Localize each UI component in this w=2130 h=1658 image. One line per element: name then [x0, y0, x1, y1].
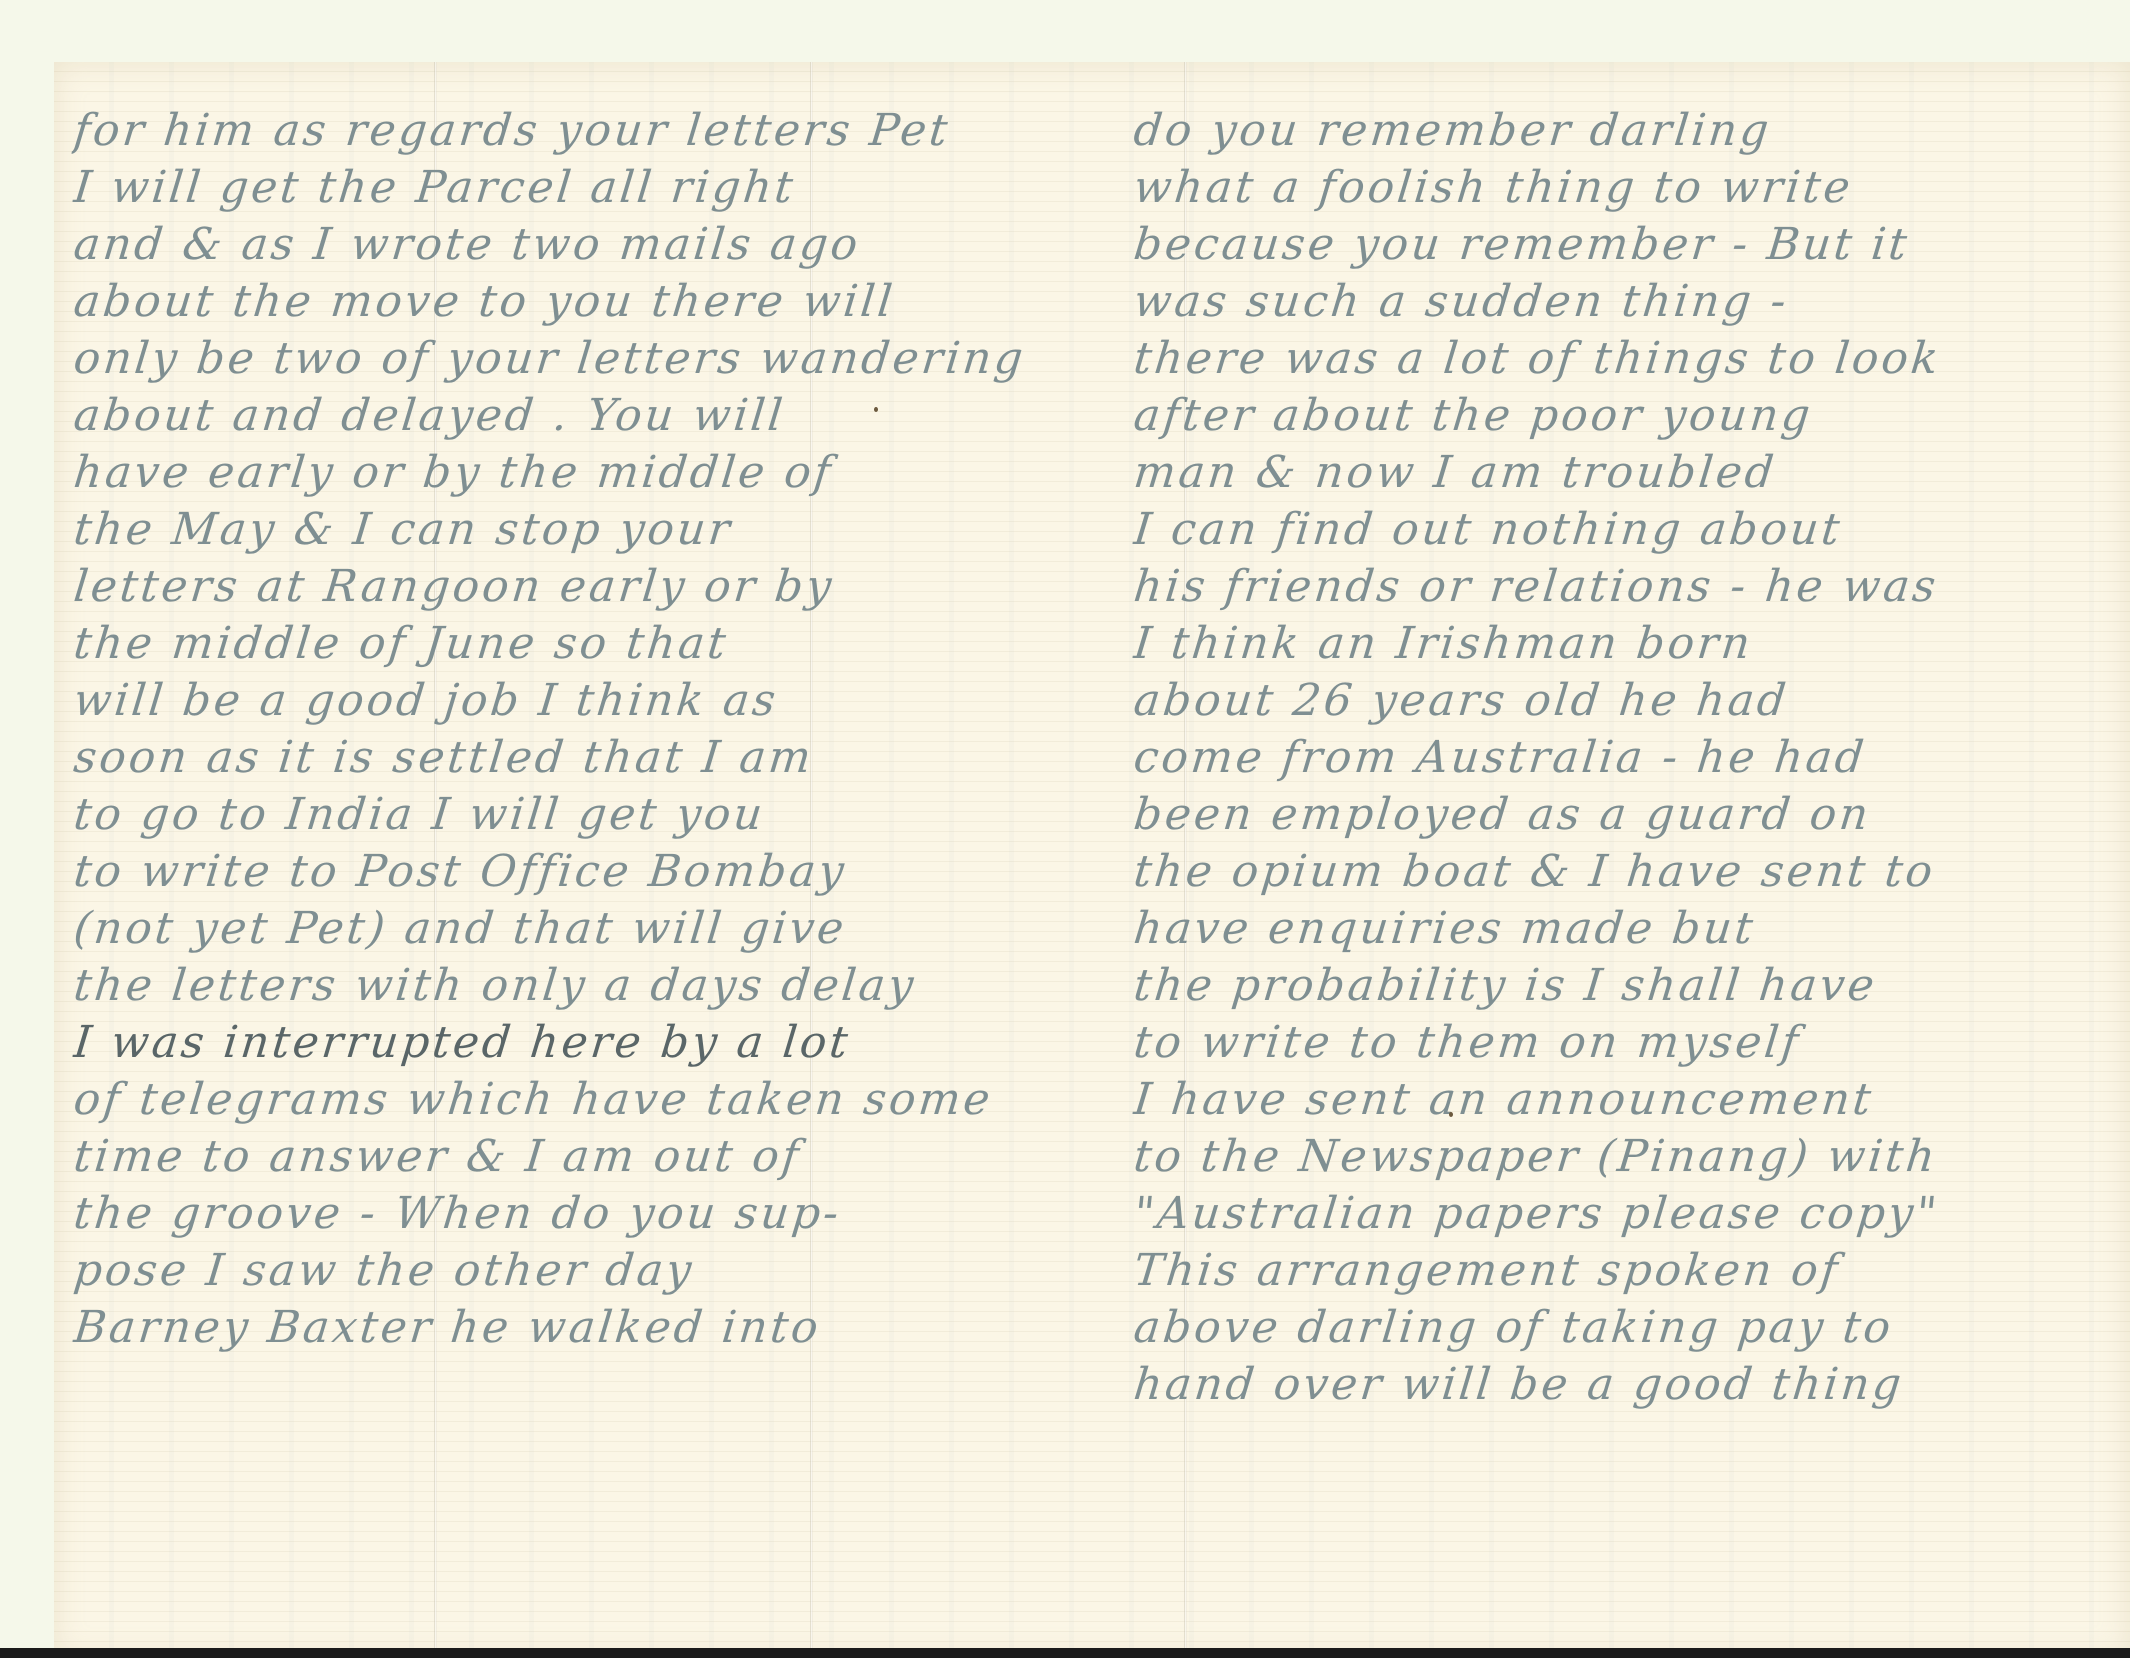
text-line: for him as regards your letters Pet	[71, 102, 1107, 159]
text-line: above darling of taking pay to	[1131, 1299, 2127, 1356]
text-line: I was interrupted here by a lot	[71, 1014, 1107, 1071]
text-line: the probability is I shall have	[1131, 957, 2127, 1014]
text-line: about and delayed . You will	[71, 387, 1107, 444]
text-line: about the move to you there will	[71, 273, 1107, 330]
ink-speck	[874, 407, 878, 412]
text-line: man & now I am troubled	[1131, 444, 2127, 501]
text-line: have enquiries made but	[1131, 900, 2127, 957]
letter-sheet: for him as regards your letters Pet I wi…	[54, 62, 2130, 1658]
text-line: "Australian papers please copy"	[1131, 1185, 2127, 1242]
text-line: the May & I can stop your	[71, 501, 1107, 558]
text-line: to write to Post Office Bombay	[71, 843, 1107, 900]
text-line: the opium boat & I have sent to	[1131, 843, 2127, 900]
text-line: soon as it is settled that I am	[71, 729, 1107, 786]
right-page: do you remember darling what a foolish t…	[1134, 102, 2124, 1413]
text-line: his friends or relations - he was	[1131, 558, 2127, 615]
text-line: about 26 years old he had	[1131, 672, 2127, 729]
text-line: was such a sudden thing -	[1131, 273, 2127, 330]
text-line: and & as I wrote two mails ago	[71, 216, 1107, 273]
text-line: (not yet Pet) and that will give	[71, 900, 1107, 957]
text-line: of telegrams which have taken some	[71, 1071, 1107, 1128]
text-line: been employed as a guard on	[1131, 786, 2127, 843]
text-line: after about the poor young	[1131, 387, 2127, 444]
text-line: Barney Baxter he walked into	[71, 1299, 1107, 1356]
text-line: will be a good job I think as	[71, 672, 1107, 729]
text-line: pose I saw the other day	[71, 1242, 1107, 1299]
text-line: I will get the Parcel all right	[71, 159, 1107, 216]
text-line: the groove - When do you sup-	[71, 1185, 1107, 1242]
text-line: to go to India I will get you	[71, 786, 1107, 843]
text-line: come from Australia - he had	[1131, 729, 2127, 786]
text-line: to write to them on myself	[1131, 1014, 2127, 1071]
text-line: time to answer & I am out of	[71, 1128, 1107, 1185]
text-line: what a foolish thing to write	[1131, 159, 2127, 216]
text-line: do you remember darling	[1131, 102, 2127, 159]
text-line: only be two of your letters wandering	[71, 330, 1107, 387]
text-line: because you remember - But it	[1131, 216, 2127, 273]
text-line: hand over will be a good thing	[1131, 1356, 2127, 1413]
left-page: for him as regards your letters Pet I wi…	[74, 102, 1104, 1356]
text-line: I think an Irishman born	[1131, 615, 2127, 672]
text-line: to the Newspaper (Pinang) with	[1131, 1128, 2127, 1185]
text-line: the letters with only a days delay	[71, 957, 1107, 1014]
text-line: there was a lot of things to look	[1131, 330, 2127, 387]
ink-speck	[1449, 1112, 1453, 1117]
text-line: I have sent an announcement	[1131, 1071, 2127, 1128]
scanner-edge	[0, 1648, 2130, 1658]
text-line: have early or by the middle of	[71, 444, 1107, 501]
text-line: I can find out nothing about	[1131, 501, 2127, 558]
text-line: This arrangement spoken of	[1131, 1242, 2127, 1299]
text-line: letters at Rangoon early or by	[71, 558, 1107, 615]
text-line: the middle of June so that	[71, 615, 1107, 672]
